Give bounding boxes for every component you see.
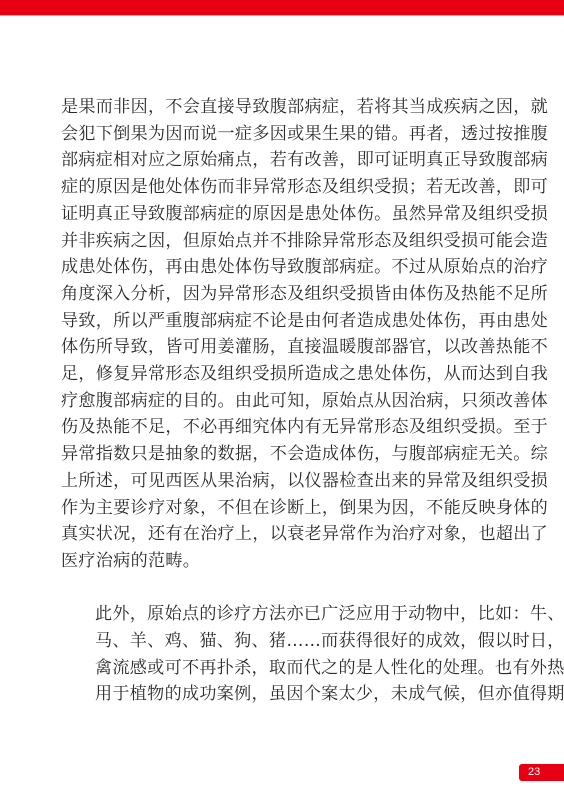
text-line: 医疗治病的范畴。 bbox=[61, 548, 503, 575]
text-line: 角度深入分析，因为异常形态及组织受损皆由体伤及热能不足所 bbox=[61, 281, 503, 308]
text-line: 禽流感或可不再扑杀，取而代之的是人性化的处理。也有外热源 bbox=[61, 655, 503, 682]
text-line: 上所述，可见西医从果治病，以仪器检查出来的异常及组织受损 bbox=[61, 468, 503, 495]
page-number-badge: 23 bbox=[519, 764, 564, 781]
text-line: 会犯下倒果为因而说一症多因或果生果的错。再者，透过按推腹 bbox=[61, 121, 503, 148]
paragraph-2: 此外，原始点的诊疗方法亦已广泛应用于动物中，比如：牛、 马、羊、鸡、猫、狗、猪…… bbox=[61, 601, 503, 708]
text-line: 此外，原始点的诊疗方法亦已广泛应用于动物中，比如：牛、 bbox=[61, 601, 503, 628]
text-line: 并非疾病之因，但原始点并不排除异常形态及组织受损可能会造 bbox=[61, 228, 503, 255]
text-line: 成患处体伤，再由患处体伤导致腹部病症。不过从原始点的治疗 bbox=[61, 254, 503, 281]
text-line: 疗愈腹部病症的目的。由此可知，原始点从因治病，只须改善体 bbox=[61, 388, 503, 415]
text-line: 伤及热能不足，不必再细究体内有无异常形态及组织受损。至于 bbox=[61, 414, 503, 441]
text-line: 症的原因是他处体伤而非异常形态及组织受损；若无改善，即可 bbox=[61, 174, 503, 201]
text-line: 证明真正导致腹部病症的原因是患处体伤。虽然异常及组织受损 bbox=[61, 201, 503, 228]
text-line: 导致，所以严重腹部病症不论是由何者造成患处体伤，再由患处 bbox=[61, 308, 503, 335]
text-line: 是果而非因，不会直接导致腹部病症，若将其当成疾病之因，就 bbox=[61, 94, 503, 121]
text-line: 用于植物的成功案例，虽因个案太少，未成气候，但亦值得期待！ bbox=[61, 681, 503, 708]
text-line: 异常指数只是抽象的数据，不会造成体伤，与腹部病症无关。综 bbox=[61, 441, 503, 468]
text-line: 作为主要诊疗对象，不但在诊断上，倒果为因，不能反映身体的 bbox=[61, 495, 503, 522]
text-line: 真实状况，还有在治疗上，以衰老异常作为治疗对象，也超出了 bbox=[61, 521, 503, 548]
article-body: 是果而非因，不会直接导致腹部病症，若将其当成疾病之因，就 会犯下倒果为因而说一症… bbox=[61, 94, 503, 708]
text-line: 足，修复异常形态及组织受损所造成之患处体伤，从而达到自我 bbox=[61, 361, 503, 388]
text-line: 马、羊、鸡、猫、狗、猪……而获得很好的成效，假以时日，面对 bbox=[61, 628, 503, 655]
header-color-bar bbox=[0, 0, 564, 16]
paragraph-1: 是果而非因，不会直接导致腹部病症，若将其当成疾病之因，就 会犯下倒果为因而说一症… bbox=[61, 94, 503, 575]
text-line: 部病症相对应之原始痛点，若有改善，即可证明真正导致腹部病 bbox=[61, 147, 503, 174]
text-line: 体伤所导致，皆可用姜灌肠，直接温暖腹部器官，以改善热能不 bbox=[61, 334, 503, 361]
